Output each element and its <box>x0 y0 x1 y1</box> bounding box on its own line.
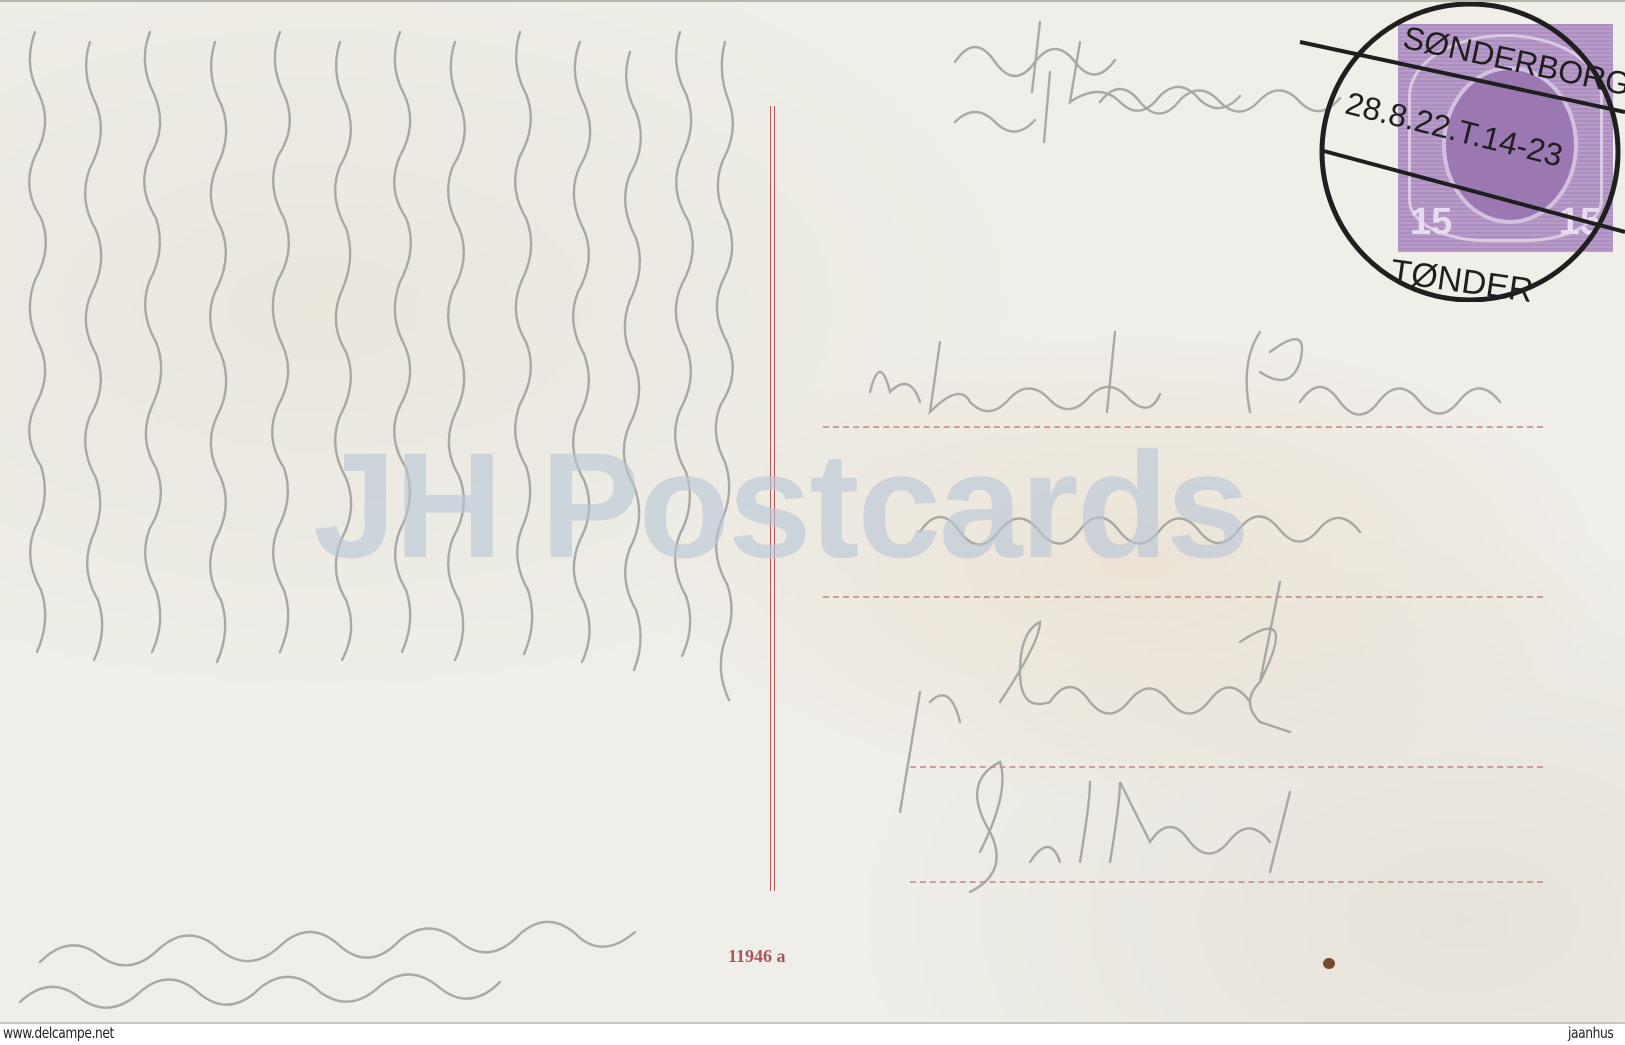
address-line-3 <box>910 766 1543 768</box>
stain-spot <box>1323 958 1335 969</box>
postmark-town-bottom: TØNDER <box>1388 252 1535 302</box>
uploader-credit: jaanhus <box>1568 1024 1613 1042</box>
address-line-2 <box>823 596 1543 598</box>
address-line-4 <box>910 881 1543 883</box>
postcard-back: 15 15 SØNDERBORG 28.8.22.T.14-23 TØNDER … <box>0 0 1625 1024</box>
print-number: 11946 a <box>728 946 786 967</box>
postmark-town-top: SØNDERBORG <box>1400 19 1625 102</box>
postmark-date: 28.8.22.T.14-23 <box>1342 85 1566 174</box>
watermark: JH Postcards <box>313 430 1248 580</box>
postmark-cancellation: SØNDERBORG 28.8.22.T.14-23 TØNDER <box>1280 2 1625 302</box>
source-credit: www.delcampe.net <box>3 1024 114 1042</box>
